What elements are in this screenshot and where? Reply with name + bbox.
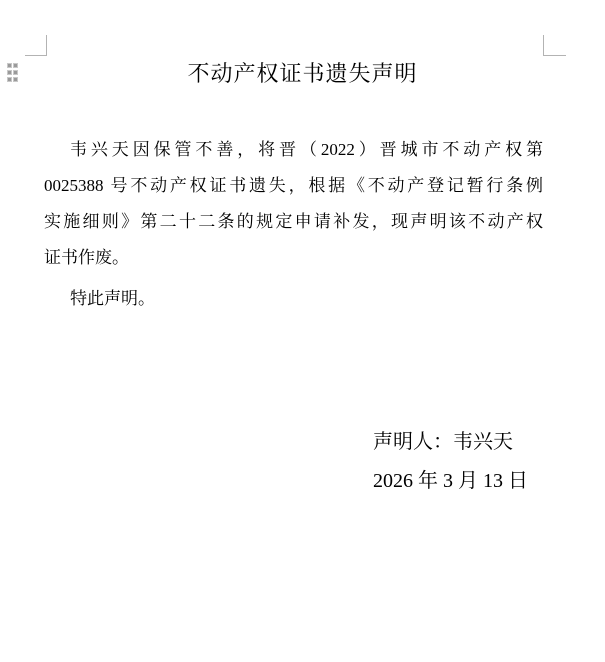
body-line[interactable]: 0025388 号不动产权证书遗失，根据《不动产登记暂行条例	[44, 168, 543, 204]
signature-declarant[interactable]: 声明人：韦兴天	[373, 429, 513, 456]
body-line[interactable]: 韦兴天因保管不善，将晋（2022）晋城市不动产权第	[44, 132, 543, 168]
document-body-paragraph[interactable]: 韦兴天因保管不善，将晋（2022）晋城市不动产权第 0025388 号不动产权证…	[44, 132, 543, 276]
margin-crop-mark-top-left-horizontal	[25, 55, 47, 56]
margin-crop-mark-top-right-vertical	[543, 35, 544, 55]
closing-statement[interactable]: 特此声明。	[70, 281, 155, 317]
document-title[interactable]: 不动产权证书遗失声明	[0, 60, 605, 88]
body-line[interactable]: 证书作废。	[44, 240, 543, 276]
document-page[interactable]: 不动产权证书遗失声明 韦兴天因保管不善，将晋（2022）晋城市不动产权第 002…	[0, 0, 605, 662]
signature-date[interactable]: 2026 年 3 月 13 日	[373, 468, 528, 495]
margin-crop-mark-top-right-horizontal	[543, 55, 566, 56]
margin-crop-mark-top-left-vertical	[46, 35, 47, 55]
body-line[interactable]: 实施细则》第二十二条的规定申请补发，现声明该不动产权	[44, 204, 543, 240]
